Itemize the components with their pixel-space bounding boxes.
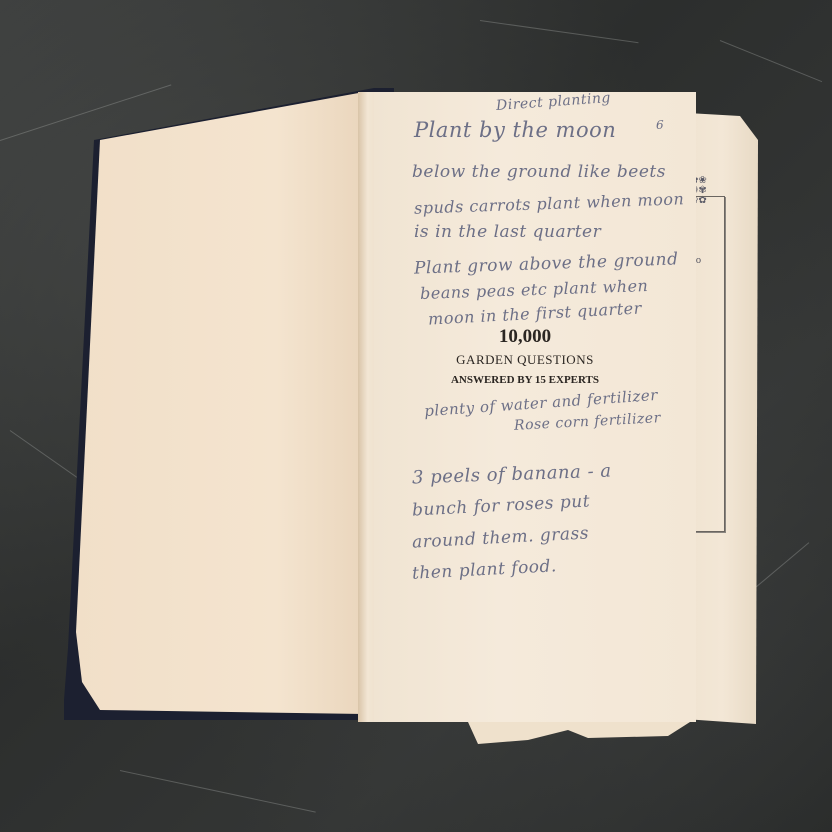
handwritten-line: is in the last quarter	[414, 222, 601, 242]
printed-title: GARDEN QUESTIONS	[440, 352, 610, 368]
printed-subtitle: ANSWERED BY 15 EXPERTS	[430, 374, 620, 386]
book-gutter	[358, 92, 374, 722]
handwritten-page-mark: 6	[656, 118, 664, 132]
torn-page-edge	[468, 722, 690, 746]
back-sheet-frame	[694, 196, 725, 532]
left-endpaper	[72, 92, 364, 714]
marble-vein	[120, 770, 316, 813]
marble-vein	[720, 40, 822, 82]
handwritten-line: below the ground like beets	[412, 162, 666, 182]
marble-vein	[480, 20, 639, 43]
printed-number: 10,000	[470, 326, 580, 348]
handwritten-line: Plant by the moon	[414, 118, 616, 142]
